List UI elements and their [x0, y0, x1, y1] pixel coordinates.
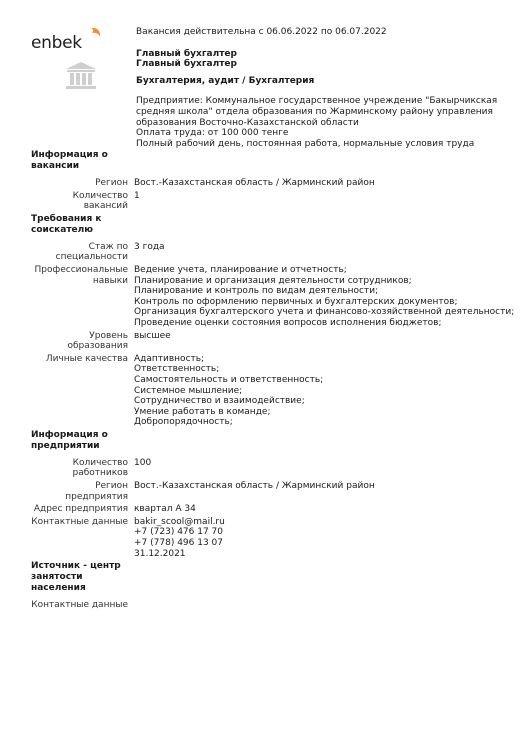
- field-value: Вост.-Казахстанская область / Жарминский…: [134, 481, 526, 502]
- skill-item: Планирование и контроль по видам деятель…: [134, 286, 526, 297]
- field-label: Регион предприятия: [31, 481, 128, 502]
- description-line: средняя школа" отдела образования по Жар…: [136, 107, 526, 118]
- field-value: Вост.-Казахстанская область / Жарминский…: [134, 178, 526, 189]
- logo-text: enbek: [31, 34, 82, 52]
- quality-item: Адаптивность;: [134, 354, 526, 365]
- contact-phone: +7 (723) 476 17 70: [134, 527, 526, 538]
- job-title: Главный бухгалтер: [136, 49, 526, 60]
- field-label: Регион: [31, 178, 128, 189]
- field-value: 100: [134, 458, 526, 479]
- field-label: Контактные данные: [31, 600, 128, 611]
- field-experience: Стаж по специальности 3 года: [31, 242, 526, 263]
- field-company-region: Регион предприятия Вост.-Казахстанская о…: [31, 481, 526, 502]
- field-label: Стаж по специальности: [31, 242, 128, 263]
- field-label: Профессиональные навыки: [31, 265, 128, 329]
- field-company-contacts: Контактные данные bakir_scool@mail.ru +7…: [31, 517, 526, 559]
- skill-item: Ведение учета, планирование и отчетность…: [134, 265, 526, 276]
- description-line: Предприятие: Коммунальное государственно…: [136, 96, 526, 107]
- description-line: Оплата труда: от 100 000 тенге: [136, 128, 526, 139]
- section-title-requirements: Требования к соискателю: [31, 214, 121, 236]
- field-value: 1: [134, 191, 526, 212]
- contact-email[interactable]: bakir_scool@mail.ru: [134, 517, 526, 528]
- field-company-address: Адрес предприятия квартал А 34: [31, 504, 526, 515]
- job-title-secondary: Главный бухгалтер: [136, 59, 526, 70]
- enbek-logo: enbek: [31, 32, 103, 52]
- skills-list: Ведение учета, планирование и отчетность…: [134, 265, 526, 329]
- vacancy-details: Информация о вакансии Регион Вост.-Казах…: [31, 150, 526, 613]
- field-value: высшее: [134, 331, 526, 352]
- field-label: Контактные данные: [31, 517, 128, 559]
- logo-swoosh-icon: [88, 26, 102, 40]
- section-title-company-info: Информация о предприятии: [31, 430, 121, 452]
- quality-item: Добропорядочность;: [134, 417, 526, 428]
- section-title-vacancy-info: Информация о вакансии: [31, 150, 121, 172]
- field-label: Уровень образования: [31, 331, 128, 352]
- field-label: Количество работников: [31, 458, 128, 479]
- field-region: Регион Вост.-Казахстанская область / Жар…: [31, 178, 526, 189]
- skill-item: Контроль по оформлению первичных и бухга…: [134, 297, 526, 308]
- section-title-source: Источник - центр занятости населения: [31, 561, 121, 594]
- contact-phone: +7 (778) 496 13 07: [134, 538, 526, 549]
- quality-item: Самостоятельность и ответственность;: [134, 375, 526, 386]
- field-label: Личные качества: [31, 354, 128, 428]
- field-source-contacts: Контактные данные: [31, 600, 526, 611]
- skill-item: Планирование и организация деятельности …: [134, 276, 526, 287]
- contacts-list: bakir_scool@mail.ru +7 (723) 476 17 70 +…: [134, 517, 526, 559]
- building-icon: [64, 61, 98, 91]
- field-employee-count: Количество работников 100: [31, 458, 526, 479]
- quality-item: Ответственность;: [134, 364, 526, 375]
- quality-item: Системное мышление;: [134, 386, 526, 397]
- qualities-list: Адаптивность; Ответственность; Самостоят…: [134, 354, 526, 428]
- skill-item: Проведение оценки состояния вопросов исп…: [134, 318, 526, 329]
- field-value: 3 года: [134, 242, 526, 263]
- field-label: Адрес предприятия: [31, 504, 128, 515]
- quality-item: Сотрудничество и взаимодействие;: [134, 396, 526, 407]
- validity-period: Вакансия действительна с 06.06.2022 по 0…: [136, 27, 526, 38]
- skill-item: Организация бухгалтерского учета и финан…: [134, 307, 526, 318]
- field-label: Количество вакансий: [31, 191, 128, 212]
- vacancy-header: Вакансия действительна с 06.06.2022 по 0…: [136, 27, 526, 149]
- field-education: Уровень образования высшее: [31, 331, 526, 352]
- field-value: квартал А 34: [134, 504, 526, 515]
- job-description: Предприятие: Коммунальное государственно…: [136, 96, 526, 149]
- field-personal-qualities: Личные качества Адаптивность; Ответствен…: [31, 354, 526, 428]
- contact-date: 31.12.2021: [134, 549, 526, 560]
- quality-item: Умение работать в команде;: [134, 407, 526, 418]
- field-vacancy-count: Количество вакансий 1: [31, 191, 526, 212]
- job-category: Бухгалтерия, аудит / Бухгалтерия: [136, 76, 526, 87]
- field-skills: Профессиональные навыки Ведение учета, п…: [31, 265, 526, 329]
- description-line: образования Восточно-Казахстанской облас…: [136, 118, 526, 129]
- field-value: [134, 600, 526, 611]
- description-line: Полный рабочий день, постоянная работа, …: [136, 139, 526, 150]
